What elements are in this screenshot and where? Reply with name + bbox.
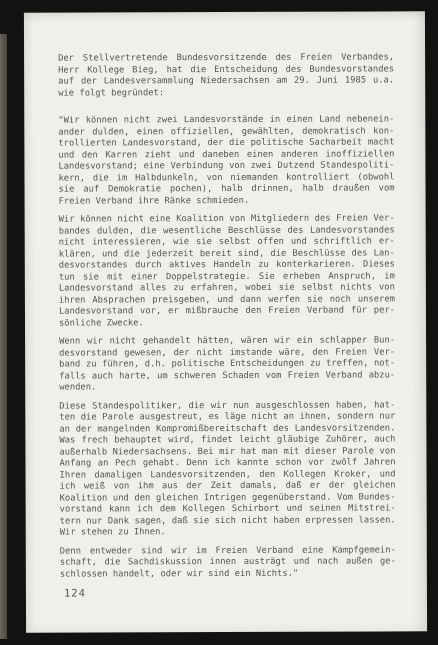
text-line: Anfang an Pech gehabt. Denn ich kannte s… — [59, 457, 395, 470]
text-line: sönliche Zwecke. — [59, 317, 395, 330]
text-line: Wenn wir nicht gehandelt hätten, wären w… — [59, 335, 395, 348]
text-line: desvorstandes durch aktives Handeln zu k… — [59, 259, 395, 272]
paragraph: Wenn wir nicht gehandelt hätten, wären w… — [59, 335, 395, 394]
paragraph: Diese Standespolitiker, die wir nun ausg… — [59, 400, 395, 539]
text-line: sie auf Demokratie pochen), halb drinnen… — [59, 183, 395, 196]
text-line: wenden. — [59, 381, 395, 394]
text-line: falls auch harte, um schweren Schaden vo… — [59, 370, 395, 383]
text-line: Wir stehen zu Ihnen. — [60, 526, 396, 539]
text-line: auf der Landesversammlung Niedersachsen … — [58, 75, 394, 88]
text-line: trollierten Landesvorstand, der die poli… — [58, 137, 394, 150]
text-line: schlossen handelt, oder wir sind ein Nic… — [60, 568, 396, 581]
text-line: tern nur Dank sagen, daß sie sich nicht … — [60, 515, 396, 528]
text-line: schaft, die Sachdiskussion innen austräg… — [60, 556, 396, 569]
text-line: nicht interessieren, wie sie selbst offe… — [59, 236, 395, 249]
text-line: vorstand kann ich dem Kollegen Schirbort… — [60, 503, 396, 516]
text-line: Was frech behauptet wird, findet leicht … — [59, 434, 395, 447]
text-line: ten die Parole ausgestreut, es läge nich… — [59, 411, 395, 424]
paragraph: Der Stellvertretende Bundesvorsitzende d… — [58, 52, 394, 99]
text-line: Landesvorstand; eine Verbindung von zwei… — [58, 160, 394, 173]
text-line: "Wir können nicht zwei Landesvorstände i… — [58, 114, 394, 127]
scan-edge-strip — [0, 34, 7, 639]
document-page: Der Stellvertretende Bundesvorsitzende d… — [24, 11, 427, 632]
paragraph: "Wir können nicht zwei Landesvorstände i… — [58, 114, 394, 207]
text-line: ich weiß von ihm aus der Zeit damals, da… — [60, 480, 396, 493]
text-line: Freien Verband ihre Ränke schmieden. — [59, 195, 395, 208]
scan-background: Der Stellvertretende Bundesvorsitzende d… — [0, 0, 438, 645]
page-text: Der Stellvertretende Bundesvorsitzende d… — [58, 52, 396, 587]
text-line: Der Stellvertretende Bundesvorsitzende d… — [58, 52, 394, 65]
text-line: band zu führen, d.h. politische Entschei… — [59, 358, 395, 371]
page-number: 124 — [64, 587, 86, 599]
paragraph: Denn entweder sind wir im Freien Verband… — [60, 545, 396, 581]
paragraph: Wir können nicht eine Koalition von Mitg… — [59, 213, 395, 329]
text-line: Landesvorstand vor, er mißbrauche den Fr… — [59, 305, 395, 318]
text-line: Landesvorstand alles zu erfahren, wobei … — [59, 282, 395, 295]
text-line: Wir können nicht eine Koalition von Mitg… — [59, 213, 395, 226]
text-line: wie folgt begründet: — [58, 87, 394, 100]
